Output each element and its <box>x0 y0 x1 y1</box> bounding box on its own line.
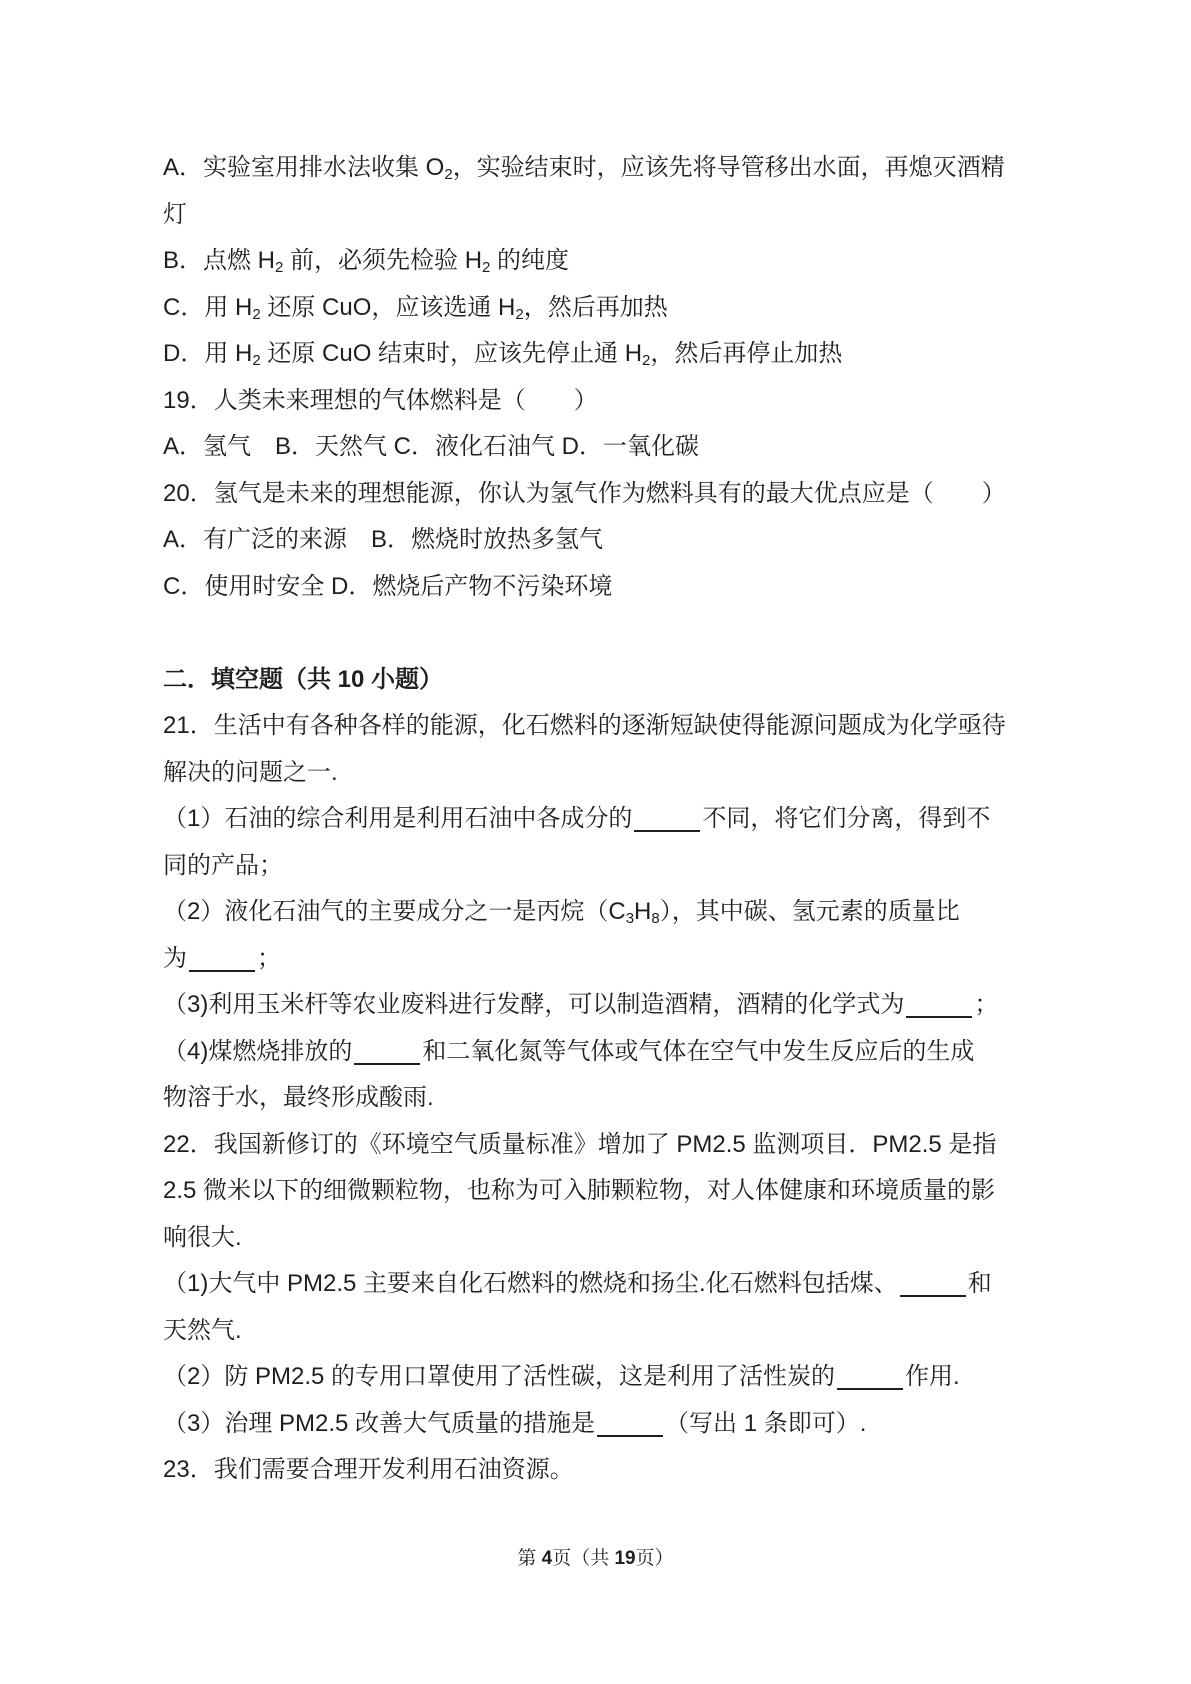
text-segment: 和 <box>968 1270 992 1297</box>
q19-options: A．氢气 B．天然气 C．液化石油气 D．一氧化碳 <box>163 424 1033 471</box>
text-segment: （写出 1 条即可）. <box>665 1410 866 1437</box>
q23-stem: 23．我们需要合理开发利用石油资源。 <box>163 1447 1033 1494</box>
q22-stem-line-3: 响很大. <box>163 1215 1033 1262</box>
text-segment: ； <box>257 945 281 972</box>
text-segment: （2）液化石油气的主要成分之一是丙烷（C <box>163 898 626 925</box>
chemical-subscript: 2 <box>444 166 452 183</box>
chemical-subscript: 2 <box>252 352 260 369</box>
q21-part-2-line-2: 为； <box>163 936 1033 983</box>
text-segment: 页） <box>636 1548 674 1569</box>
chemical-subscript: 2 <box>515 306 523 323</box>
q21-part-1-line-2: 同的产品； <box>163 843 1033 890</box>
text-segment: A．有广泛的来源 B．燃烧时放热多氢气 <box>163 526 603 553</box>
text-segment: ，然后再停止加热 <box>650 340 842 367</box>
q19-stem: 19．人类未来理想的气体燃料是（ ） <box>163 378 1033 425</box>
text-segment: （2）防 PM2.5 的专用口罩使用了活性碳，这是利用了活性炭的 <box>163 1363 835 1390</box>
text-segment: 第 <box>517 1548 541 1569</box>
text-segment: 同的产品； <box>163 852 283 879</box>
answer-blank <box>837 1362 903 1390</box>
text-segment: H <box>634 898 651 925</box>
q22-stem-line-1: 22．我国新修订的《环境空气质量标准》增加了 PM2.5 监测项目．PM2.5 … <box>163 1122 1033 1169</box>
text-segment: 为 <box>163 945 187 972</box>
text-segment: ，实验结束时，应该先将导管移出水面，再熄灭酒精 <box>453 154 1005 181</box>
text-segment: （3）治理 PM2.5 改善大气质量的措施是 <box>163 1410 595 1437</box>
q22-part-3: （3）治理 PM2.5 改善大气质量的措施是（写出 1 条即可）. <box>163 1401 1033 1448</box>
q22-stem-line-2: 2.5 微米以下的细微颗粒物，也称为可入肺颗粒物，对人体健康和环境质量的影 <box>163 1168 1033 1215</box>
q18-option-b: B．点燃 H2 前，必须先检验 H2 的纯度 <box>163 238 1033 285</box>
q18-option-c: C．用 H2 还原 CuO，应该选通 H2，然后再加热 <box>163 285 1033 332</box>
text-segment: D．用 H <box>163 340 252 367</box>
text-segment: 灯 <box>163 201 187 228</box>
answer-blank <box>906 990 972 1018</box>
text-segment: 作用. <box>905 1363 960 1390</box>
text-segment: （1）石油的综合利用是利用石油中各成分的 <box>163 805 632 832</box>
text-segment: C．用 H <box>163 294 252 321</box>
answer-blank <box>354 1037 420 1065</box>
text-segment: 4 <box>542 1548 553 1569</box>
answer-blank <box>900 1269 966 1297</box>
text-segment: 和二氧化氮等气体或气体在空气中发生反应后的生成 <box>422 1038 974 1065</box>
text-segment: ； <box>974 991 998 1018</box>
section-2-heading: 二．填空题（共 10 小题） <box>163 657 1033 704</box>
text-segment: 19．人类未来理想的气体燃料是（ ） <box>163 387 598 414</box>
chemical-subscript: 8 <box>651 910 659 927</box>
answer-blank <box>189 944 255 972</box>
q21-stem-line-1: 21．生活中有各种各样的能源，化石燃料的逐渐短缺使得能源问题成为化学亟待 <box>163 703 1033 750</box>
q18-option-a-line-1: A．实验室用排水法收集 O2，实验结束时，应该先将导管移出水面，再熄灭酒精 <box>163 145 1033 192</box>
q22-part-2: （2）防 PM2.5 的专用口罩使用了活性碳，这是利用了活性炭的作用. <box>163 1354 1033 1401</box>
text-segment: 解决的问题之一. <box>163 759 338 786</box>
document-body: A．实验室用排水法收集 O2，实验结束时，应该先将导管移出水面，再熄灭酒精灯B．… <box>163 145 1033 1494</box>
answer-blank <box>634 804 700 832</box>
q22-part-1-line-1: （1)大气中 PM2.5 主要来自化石燃料的燃烧和扬尘.化石燃料包括煤、和 <box>163 1261 1033 1308</box>
text-segment: （4)煤燃烧排放的 <box>163 1038 352 1065</box>
q21-part-2-line-1: （2）液化石油气的主要成分之一是丙烷（C3H8），其中碳、氢元素的质量比 <box>163 889 1033 936</box>
text-segment: 的纯度 <box>490 247 569 274</box>
text-segment: 19 <box>614 1548 635 1569</box>
q22-part-1-line-2: 天然气. <box>163 1308 1033 1355</box>
q20-options-ab: A．有广泛的来源 B．燃烧时放热多氢气 <box>163 517 1033 564</box>
q21-part-1-line-1: （1）石油的综合利用是利用石油中各成分的不同，将它们分离，得到不 <box>163 796 1033 843</box>
q21-stem-line-2: 解决的问题之一. <box>163 750 1033 797</box>
chemical-subscript: 2 <box>252 306 260 323</box>
text-segment: A．实验室用排水法收集 O <box>163 154 444 181</box>
text-segment: 响很大. <box>163 1224 242 1251</box>
text-segment: 还原 CuO，应该选通 H <box>261 294 516 321</box>
text-segment: 不同，将它们分离，得到不 <box>702 805 990 832</box>
q20-stem: 20．氢气是未来的理想能源，你认为氢气作为燃料具有的最大优点应是（ ） <box>163 471 1033 518</box>
text-segment: 2.5 微米以下的细微颗粒物，也称为可入肺颗粒物，对人体健康和环境质量的影 <box>163 1177 995 1204</box>
text-segment: ），其中碳、氢元素的质量比 <box>660 898 960 925</box>
answer-blank <box>597 1409 663 1437</box>
text-segment: 20．氢气是未来的理想能源，你认为氢气作为燃料具有的最大优点应是（ ） <box>163 480 1006 507</box>
q21-part-4-line-1: （4)煤燃烧排放的和二氧化氮等气体或气体在空气中发生反应后的生成 <box>163 1029 1033 1076</box>
text-segment: 22．我国新修订的《环境空气质量标准》增加了 PM2.5 监测项目．PM2.5 … <box>163 1131 996 1158</box>
text-segment: ，然后再加热 <box>524 294 668 321</box>
text-segment: 21．生活中有各种各样的能源，化石燃料的逐渐短缺使得能源问题成为化学亟待 <box>163 712 1006 739</box>
text-segment: 页（共 <box>552 1548 614 1569</box>
text-segment: B．点燃 H <box>163 247 275 274</box>
text-segment: 还原 CuO 结束时，应该先停止通 H <box>261 340 642 367</box>
text-segment: （1)大气中 PM2.5 主要来自化石燃料的燃烧和扬尘.化石燃料包括煤、 <box>163 1270 898 1297</box>
text-segment: C．使用时安全 D．燃烧后产物不污染环境 <box>163 573 612 600</box>
q21-part-4-line-2: 物溶于水，最终形成酸雨. <box>163 1075 1033 1122</box>
chemical-subscript: 3 <box>626 910 634 927</box>
text-segment: （3)利用玉米杆等农业废料进行发酵，可以制造酒精，酒精的化学式为 <box>163 991 904 1018</box>
text-segment: A．氢气 B．天然气 C．液化石油气 D．一氧化碳 <box>163 433 699 460</box>
q18-option-d: D．用 H2 还原 CuO 结束时，应该先停止通 H2，然后再停止加热 <box>163 331 1033 378</box>
text-segment: 天然气. <box>163 1317 242 1344</box>
q20-options-cd: C．使用时安全 D．燃烧后产物不污染环境 <box>163 564 1033 611</box>
q18-option-a-line-2: 灯 <box>163 192 1033 239</box>
text-segment: 物溶于水，最终形成酸雨. <box>163 1084 434 1111</box>
text-segment: 二．填空题（共 10 小题） <box>163 666 443 693</box>
text-segment: 23．我们需要合理开发利用石油资源。 <box>163 1456 574 1483</box>
q21-part-3: （3)利用玉米杆等农业废料进行发酵，可以制造酒精，酒精的化学式为； <box>163 982 1033 1029</box>
text-segment: 前，必须先检验 H <box>283 247 482 274</box>
page-number: 第 4页（共 19页） <box>0 1543 1191 1570</box>
